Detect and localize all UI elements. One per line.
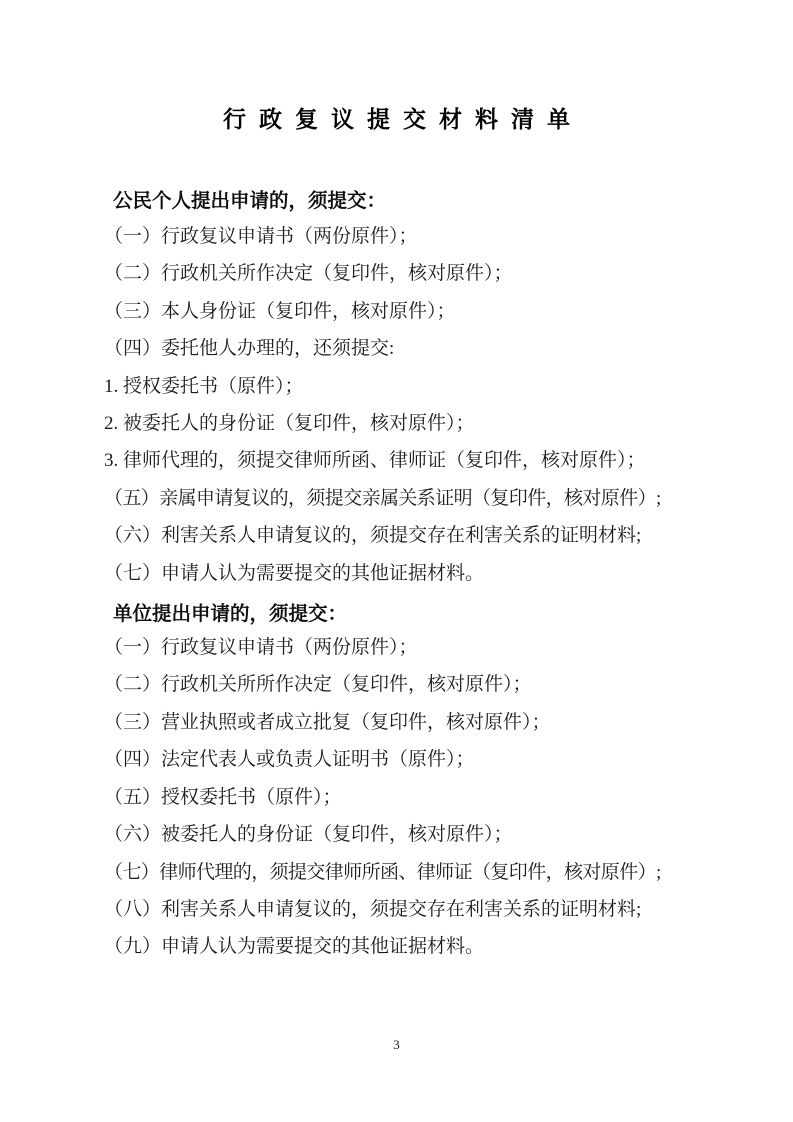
- list-item: 1. 授权委托书（原件）；: [104, 368, 693, 405]
- document-title: 行政复议提交材料清单: [0, 0, 793, 136]
- list-item: （九）申请人认为需要提交的其他证据材料。: [104, 928, 693, 965]
- list-item: （三）本人身份证（复印件，核对原件）；: [104, 293, 693, 330]
- list-item: （六）利害关系人申请复议的，须提交存在利害关系的证明材料;: [104, 517, 693, 554]
- section-heading-citizen: 公民个人提出申请的，须提交：: [113, 189, 693, 213]
- page-number: 3: [0, 1038, 793, 1052]
- list-item: （六）被委托人的身份证（复印件，核对原件）；: [104, 816, 693, 853]
- list-item: （五）授权委托书（原件）；: [104, 779, 693, 816]
- list-item: （七）律师代理的，须提交律师所函、律师证（复印件，核对原件）;: [104, 854, 693, 891]
- section-heading-organization: 单位提出申请的，须提交：: [113, 602, 693, 626]
- list-item: （四）委托他人办理的，还须提交:: [104, 330, 693, 367]
- list-item: （八）利害关系人申请复议的，须提交存在利害关系的证明材料;: [104, 891, 693, 928]
- list-item: （五）亲属申请复议的，须提交亲属关系证明（复印件，核对原件）;: [104, 480, 693, 517]
- list-item: （一）行政复议申请书（两份原件）；: [104, 218, 693, 255]
- list-item: （四）法定代表人或负责人证明书（原件）；: [104, 741, 693, 778]
- document-page: 行政复议提交材料清单 公民个人提出申请的，须提交： （一）行政复议申请书（两份原…: [0, 0, 793, 1122]
- document-body: 公民个人提出申请的，须提交： （一）行政复议申请书（两份原件）； （二）行政机关…: [0, 189, 793, 966]
- list-item: （七）申请人认为需要提交的其他证据材料。: [104, 555, 693, 592]
- list-item: （三）营业执照或者成立批复（复印件，核对原件）；: [104, 704, 693, 741]
- citizen-item-list: （一）行政复议申请书（两份原件）； （二）行政机关所作决定（复印件，核对原件）；…: [104, 218, 693, 592]
- list-item: （一）行政复议申请书（两份原件）；: [104, 629, 693, 666]
- list-item: （二）行政机关所作决定（复印件，核对原件）；: [104, 255, 693, 292]
- list-item: 2. 被委托人的身份证（复印件，核对原件）；: [104, 405, 693, 442]
- organization-item-list: （一）行政复议申请书（两份原件）； （二）行政机关所所作决定（复印件，核对原件）…: [104, 629, 693, 966]
- list-item: （二）行政机关所所作决定（复印件，核对原件）；: [104, 666, 693, 703]
- list-item: 3. 律师代理的，须提交律师所函、律师证（复印件，核对原件）；: [104, 442, 693, 479]
